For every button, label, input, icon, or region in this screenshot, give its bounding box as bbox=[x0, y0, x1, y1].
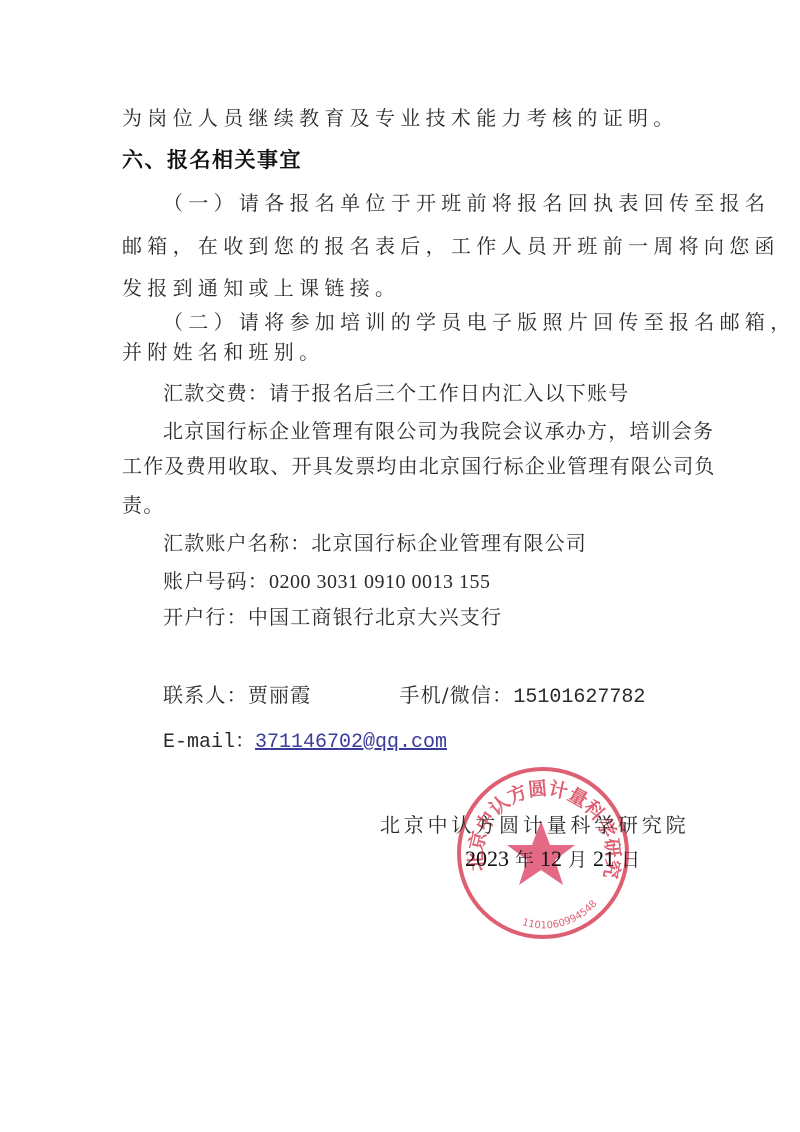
account-name-value: 北京国行标企业管理有限公司 bbox=[311, 531, 587, 555]
paragraph-line: 邮箱，在收到您的报名表后，工作人员开班前一周将向您函 bbox=[122, 234, 780, 258]
date-day-unit: 日 bbox=[621, 849, 640, 871]
date-day: 21 bbox=[593, 846, 615, 871]
email-row: E-mail：371146702@qq.com bbox=[163, 728, 447, 755]
organizer-line: 工作及费用收取、开具发票均由北京国行标企业管理有限公司负 bbox=[122, 454, 716, 478]
email-link[interactable]: 371146702@qq.com bbox=[255, 731, 447, 754]
contact-person-label: 联系人： bbox=[163, 683, 248, 707]
paragraph-line: （一）请各报名单位于开班前将报名回执表回传至报名 bbox=[163, 191, 770, 215]
bank-label: 开户行： bbox=[163, 605, 248, 629]
date-month-unit: 月 bbox=[568, 849, 587, 871]
organizer-line: 责。 bbox=[122, 493, 164, 517]
bank-value: 中国工商银行北京大兴支行 bbox=[248, 605, 502, 629]
phone-number: 15101627782 bbox=[513, 686, 645, 709]
contact-person: 贾丽霞 bbox=[248, 683, 312, 707]
signature-organization: 北京中认方圆计量科学研究院 bbox=[380, 813, 689, 837]
organizer-line: 北京国行标企业管理有限公司为我院会议承办方，培训会务 bbox=[163, 419, 714, 443]
payment-notice: 汇款交费：请于报名后三个工作日内汇入以下账号 bbox=[163, 381, 629, 405]
paragraph-line: （二）请将参加培训的学员电子版照片回传至报名邮箱， bbox=[163, 310, 796, 334]
email-label: E-mail： bbox=[163, 731, 255, 754]
account-number-label: 账户号码： bbox=[163, 569, 269, 593]
date-year: 2023 bbox=[465, 846, 509, 871]
account-name-row: 汇款账户名称：北京国行标企业管理有限公司 bbox=[163, 531, 587, 555]
seal-code: 1101060994548 bbox=[521, 899, 600, 932]
paragraph-line: 并附姓名和班别。 bbox=[122, 340, 324, 364]
paragraph-line: 为岗位人员继续教育及专业技术能力考核的证明。 bbox=[122, 106, 679, 130]
account-name-label: 汇款账户名称： bbox=[163, 531, 311, 555]
phone-label: 手机/微信： bbox=[399, 683, 513, 707]
date-month: 12 bbox=[540, 846, 562, 871]
contact-row: 联系人：贾丽霞手机/微信：15101627782 bbox=[163, 683, 645, 710]
date-year-unit: 年 bbox=[515, 849, 534, 871]
bank-row: 开户行：中国工商银行北京大兴支行 bbox=[163, 605, 502, 629]
svg-text:1101060994548: 1101060994548 bbox=[521, 899, 600, 932]
account-number-row: 账户号码：0200 3031 0910 0013 155 bbox=[163, 569, 491, 594]
paragraph-line: 发报到通知或上课链接。 bbox=[122, 276, 400, 300]
account-number-value: 0200 3031 0910 0013 155 bbox=[269, 571, 491, 593]
signature-date: 2023年12月21日 bbox=[465, 846, 646, 873]
section-heading: 六、报名相关事宜 bbox=[122, 147, 302, 173]
